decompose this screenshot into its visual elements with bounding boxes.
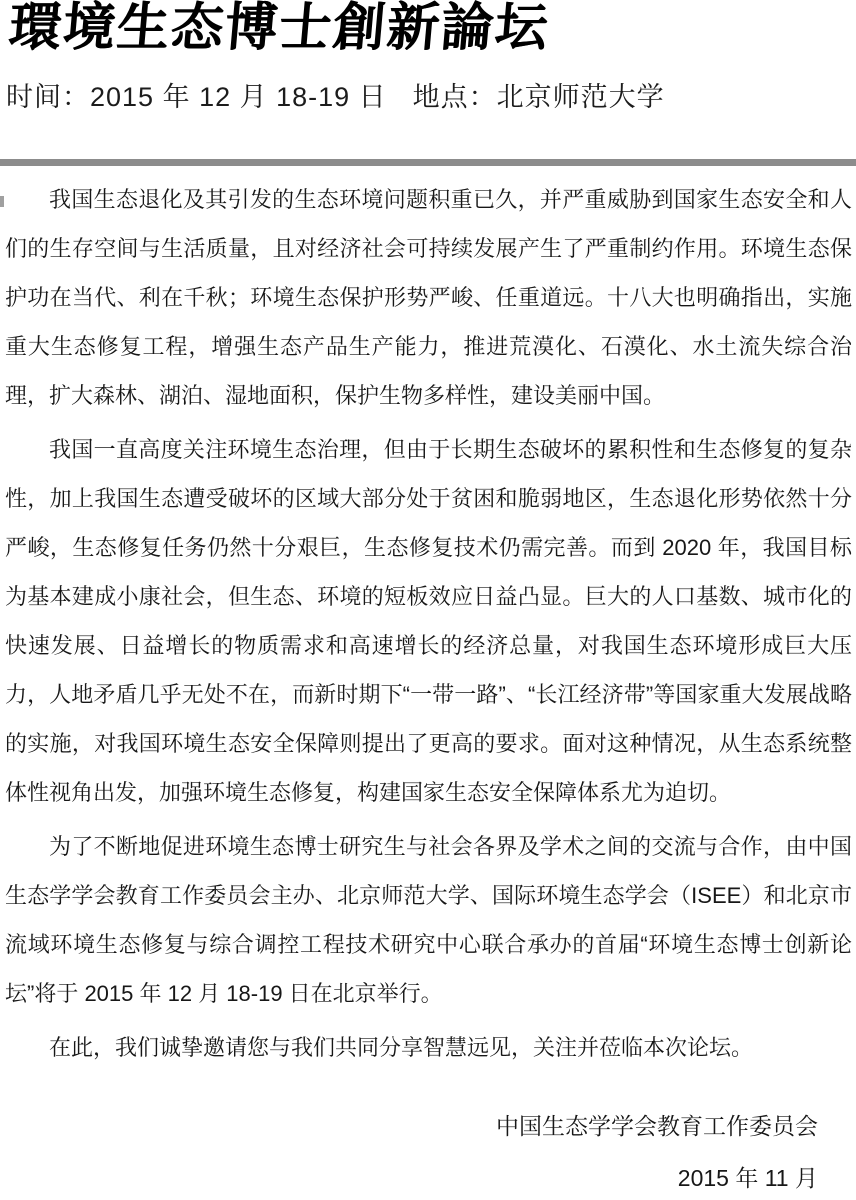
- section-divider: [0, 159, 856, 166]
- margin-tick: [0, 196, 4, 207]
- signature-date: 2015 年 11 月: [496, 1152, 818, 1200]
- body-paragraph: 为了不断地促进环境生态博士研究生与社会各界及学术之间的交流与合作，由中国生态学学…: [5, 822, 852, 1018]
- event-meta: 时间：2015 年 12 月 18-19 日地点：北京师范大学: [6, 80, 665, 114]
- signature-block: 中国生态学学会教育工作委员会 2015 年 11 月: [496, 1100, 818, 1200]
- body-paragraph: 在此，我们诚挚邀请您与我们共同分享智慧远见，关注并莅临本次论坛。: [5, 1023, 852, 1072]
- document-body: 我国生态退化及其引发的生态环境问题积重已久，并严重威胁到国家生态安全和人们的生存…: [5, 175, 852, 1077]
- signature-org: 中国生态学学会教育工作委员会: [496, 1100, 818, 1152]
- page-title: 環境生态博士創新論坛: [6, 0, 552, 62]
- document-page: 環境生态博士創新論坛 时间：2015 年 12 月 18-19 日地点：北京师范…: [0, 0, 856, 1200]
- body-paragraph: 我国生态退化及其引发的生态环境问题积重已久，并严重威胁到国家生态安全和人们的生存…: [5, 175, 852, 420]
- body-paragraph: 我国一直高度关注环境生态治理，但由于长期生态破坏的累积性和生态修复的复杂性，加上…: [5, 425, 852, 817]
- event-location: 地点：北京师范大学: [413, 82, 665, 112]
- event-time: 时间：2015 年 12 月 18-19 日: [6, 82, 387, 112]
